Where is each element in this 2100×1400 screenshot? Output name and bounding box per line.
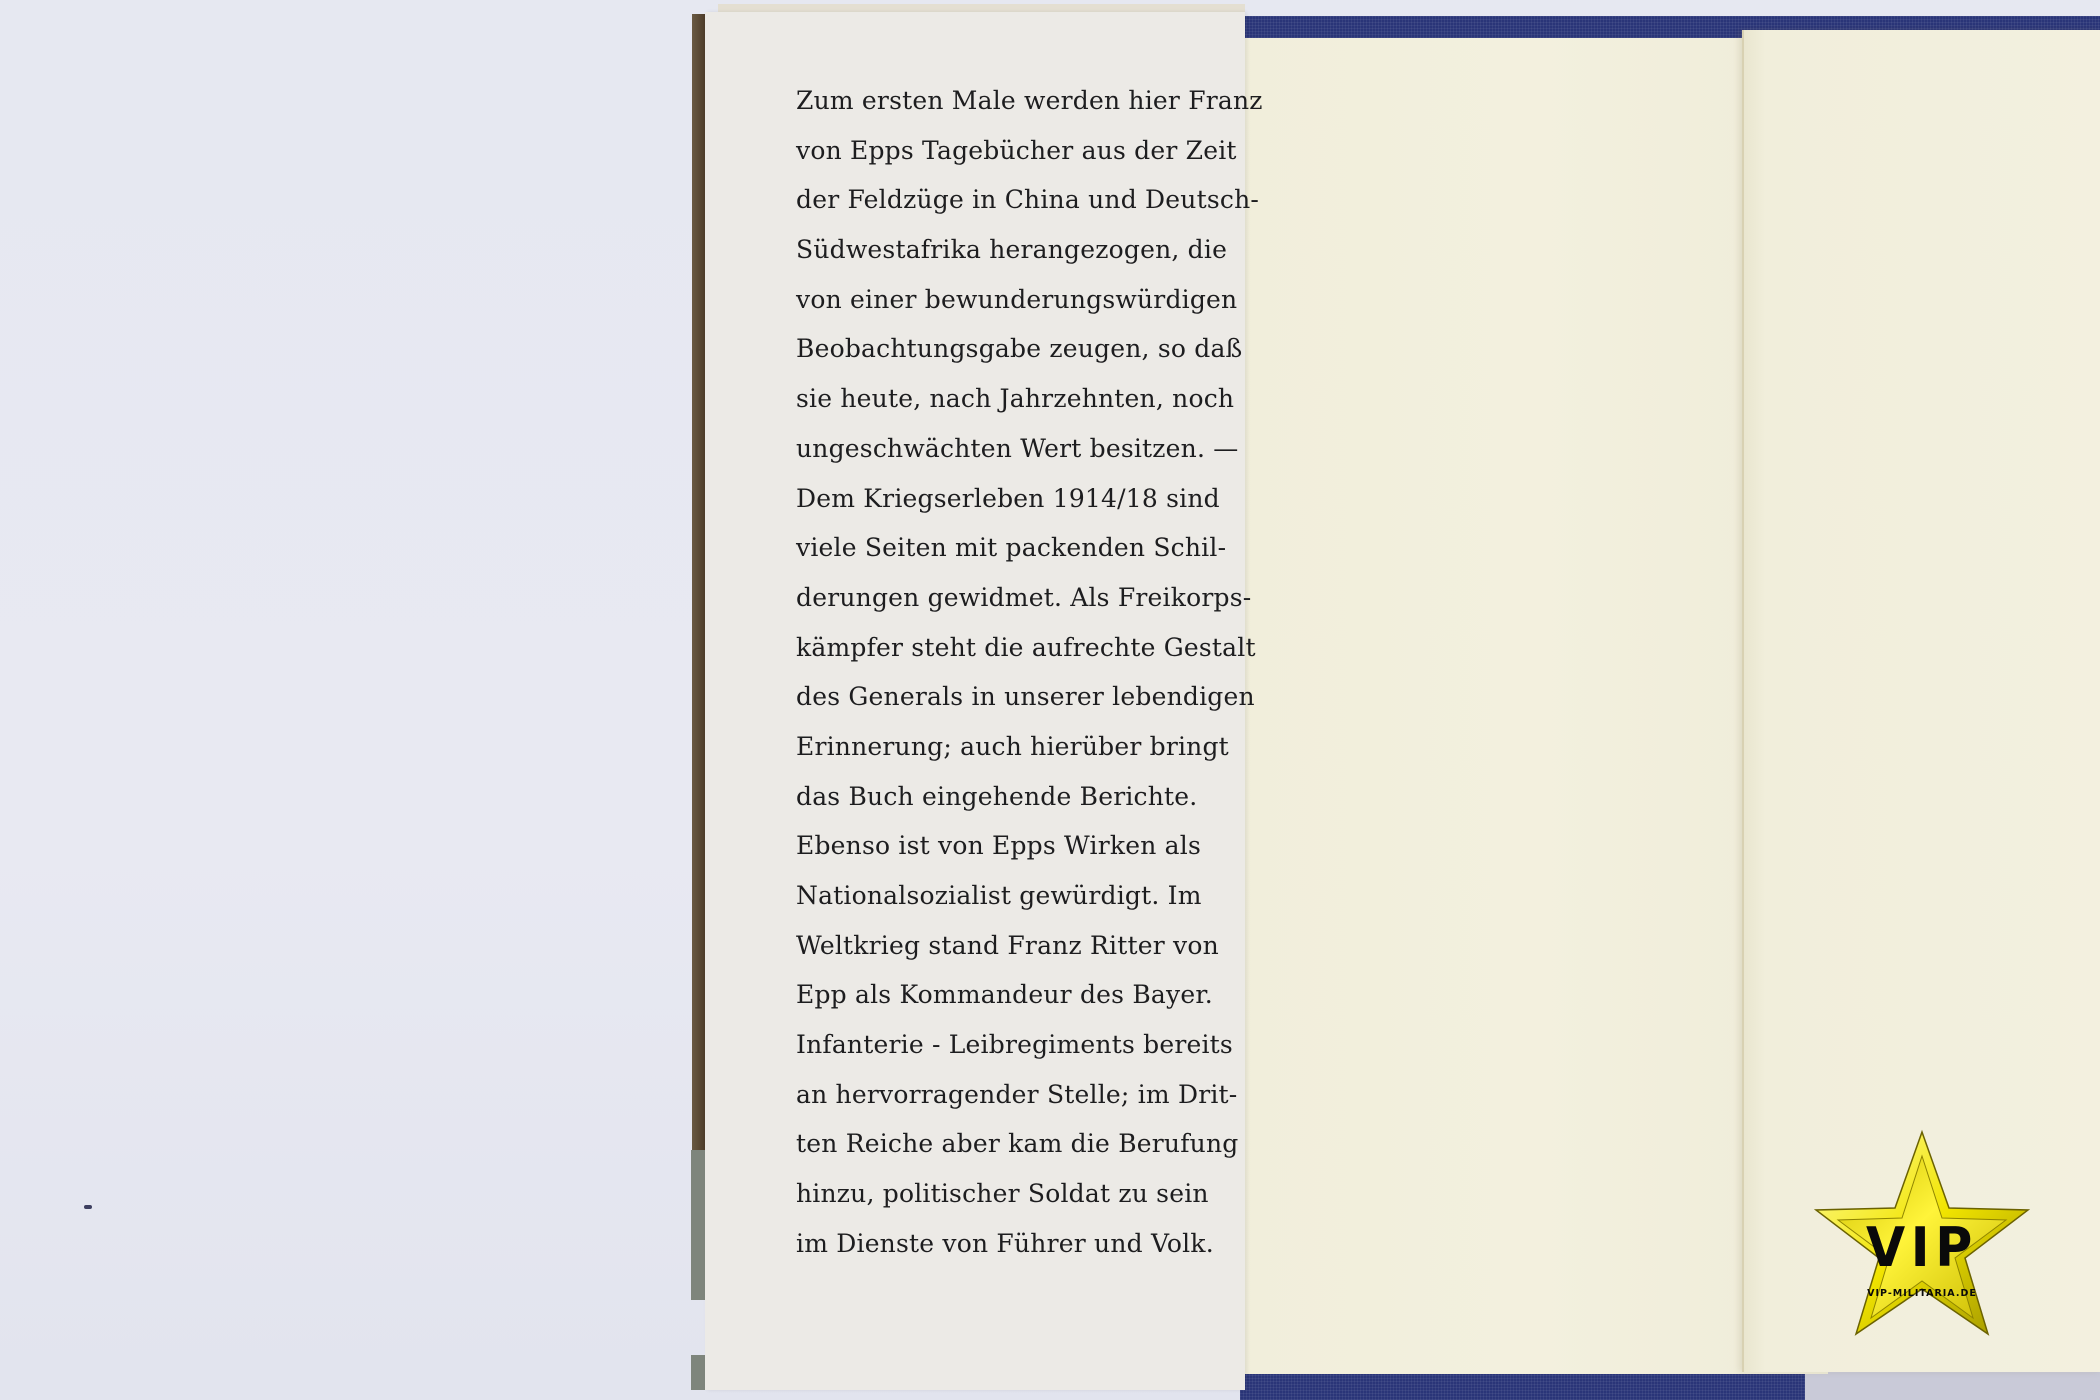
- blurb-line: ten Reiche aber kam die Berufung: [796, 1119, 1176, 1169]
- blurb-line: Ebenso ist von Epps Wirken als: [796, 821, 1176, 871]
- photo-scene: Zum ersten Male werden hier Franz von Ep…: [0, 0, 2100, 1400]
- blurb-line: an hervorragender Stelle; im Drit-: [796, 1070, 1176, 1120]
- blurb-line: der Feldzüge in China und Deutsch-: [796, 175, 1176, 225]
- blurb-line: Südwestafrika herangezogen, die: [796, 225, 1176, 275]
- blurb-line: von Epps Tagebücher aus der Zeit: [796, 126, 1176, 176]
- blurb-line: sie heute, nach Jahrzehnten, noch: [796, 374, 1176, 424]
- dust-speck: [84, 1205, 92, 1209]
- blurb-line: das Buch eingehende Berichte.: [796, 772, 1176, 822]
- blurb-line: im Dienste von Führer und Volk.: [796, 1219, 1176, 1269]
- blurb-line: des Generals in unserer lebendigen: [796, 672, 1176, 722]
- star-logo-icon: VIP VIP-MILITARIA.DE: [1812, 1128, 2032, 1338]
- blurb-line: Nationalsozialist gewürdigt. Im: [796, 871, 1176, 921]
- blurb-line: Zum ersten Male werden hier Franz: [796, 76, 1176, 126]
- blurb-line: Erinnerung; auch hierüber bringt: [796, 722, 1176, 772]
- blurb-line: hinzu, politischer Soldat zu sein: [796, 1169, 1176, 1219]
- blurb-line: Beobachtungsgabe zeugen, so daß: [796, 324, 1176, 374]
- blurb-line: Dem Kriegserleben 1914/18 sind: [796, 474, 1176, 524]
- blurb-line: kämpfer steht die aufrechte Gestalt: [796, 623, 1176, 673]
- jacket-spine-edge: [692, 14, 706, 1150]
- blurb-line: von einer bewunderungswürdigen: [796, 275, 1176, 325]
- blurb-line: viele Seiten mit packenden Schil-: [796, 523, 1176, 573]
- blurb-line: Weltkrieg stand Franz Ritter von: [796, 921, 1176, 971]
- background-gap: [1805, 1372, 2100, 1400]
- blurb-line: Epp als Kommandeur des Bayer.: [796, 970, 1176, 1020]
- endpaper-page: [1238, 38, 1828, 1374]
- jacket-spine-gray-band: [691, 1150, 705, 1300]
- blurb-line: ungeschwächten Wert besitzen. —: [796, 424, 1176, 474]
- jacket-blurb-text: Zum ersten Male werden hier Franz von Ep…: [796, 76, 1176, 1269]
- blurb-line: derungen gewidmet. Als Freikorps-: [796, 573, 1176, 623]
- svg-text:VIP: VIP: [1866, 1216, 1978, 1279]
- vip-militaria-watermark: VIP VIP-MILITARIA.DE: [1812, 1128, 2032, 1338]
- svg-text:VIP-MILITARIA.DE: VIP-MILITARIA.DE: [1867, 1288, 1977, 1299]
- blurb-line: Infanterie - Leibregiments bereits: [796, 1020, 1176, 1070]
